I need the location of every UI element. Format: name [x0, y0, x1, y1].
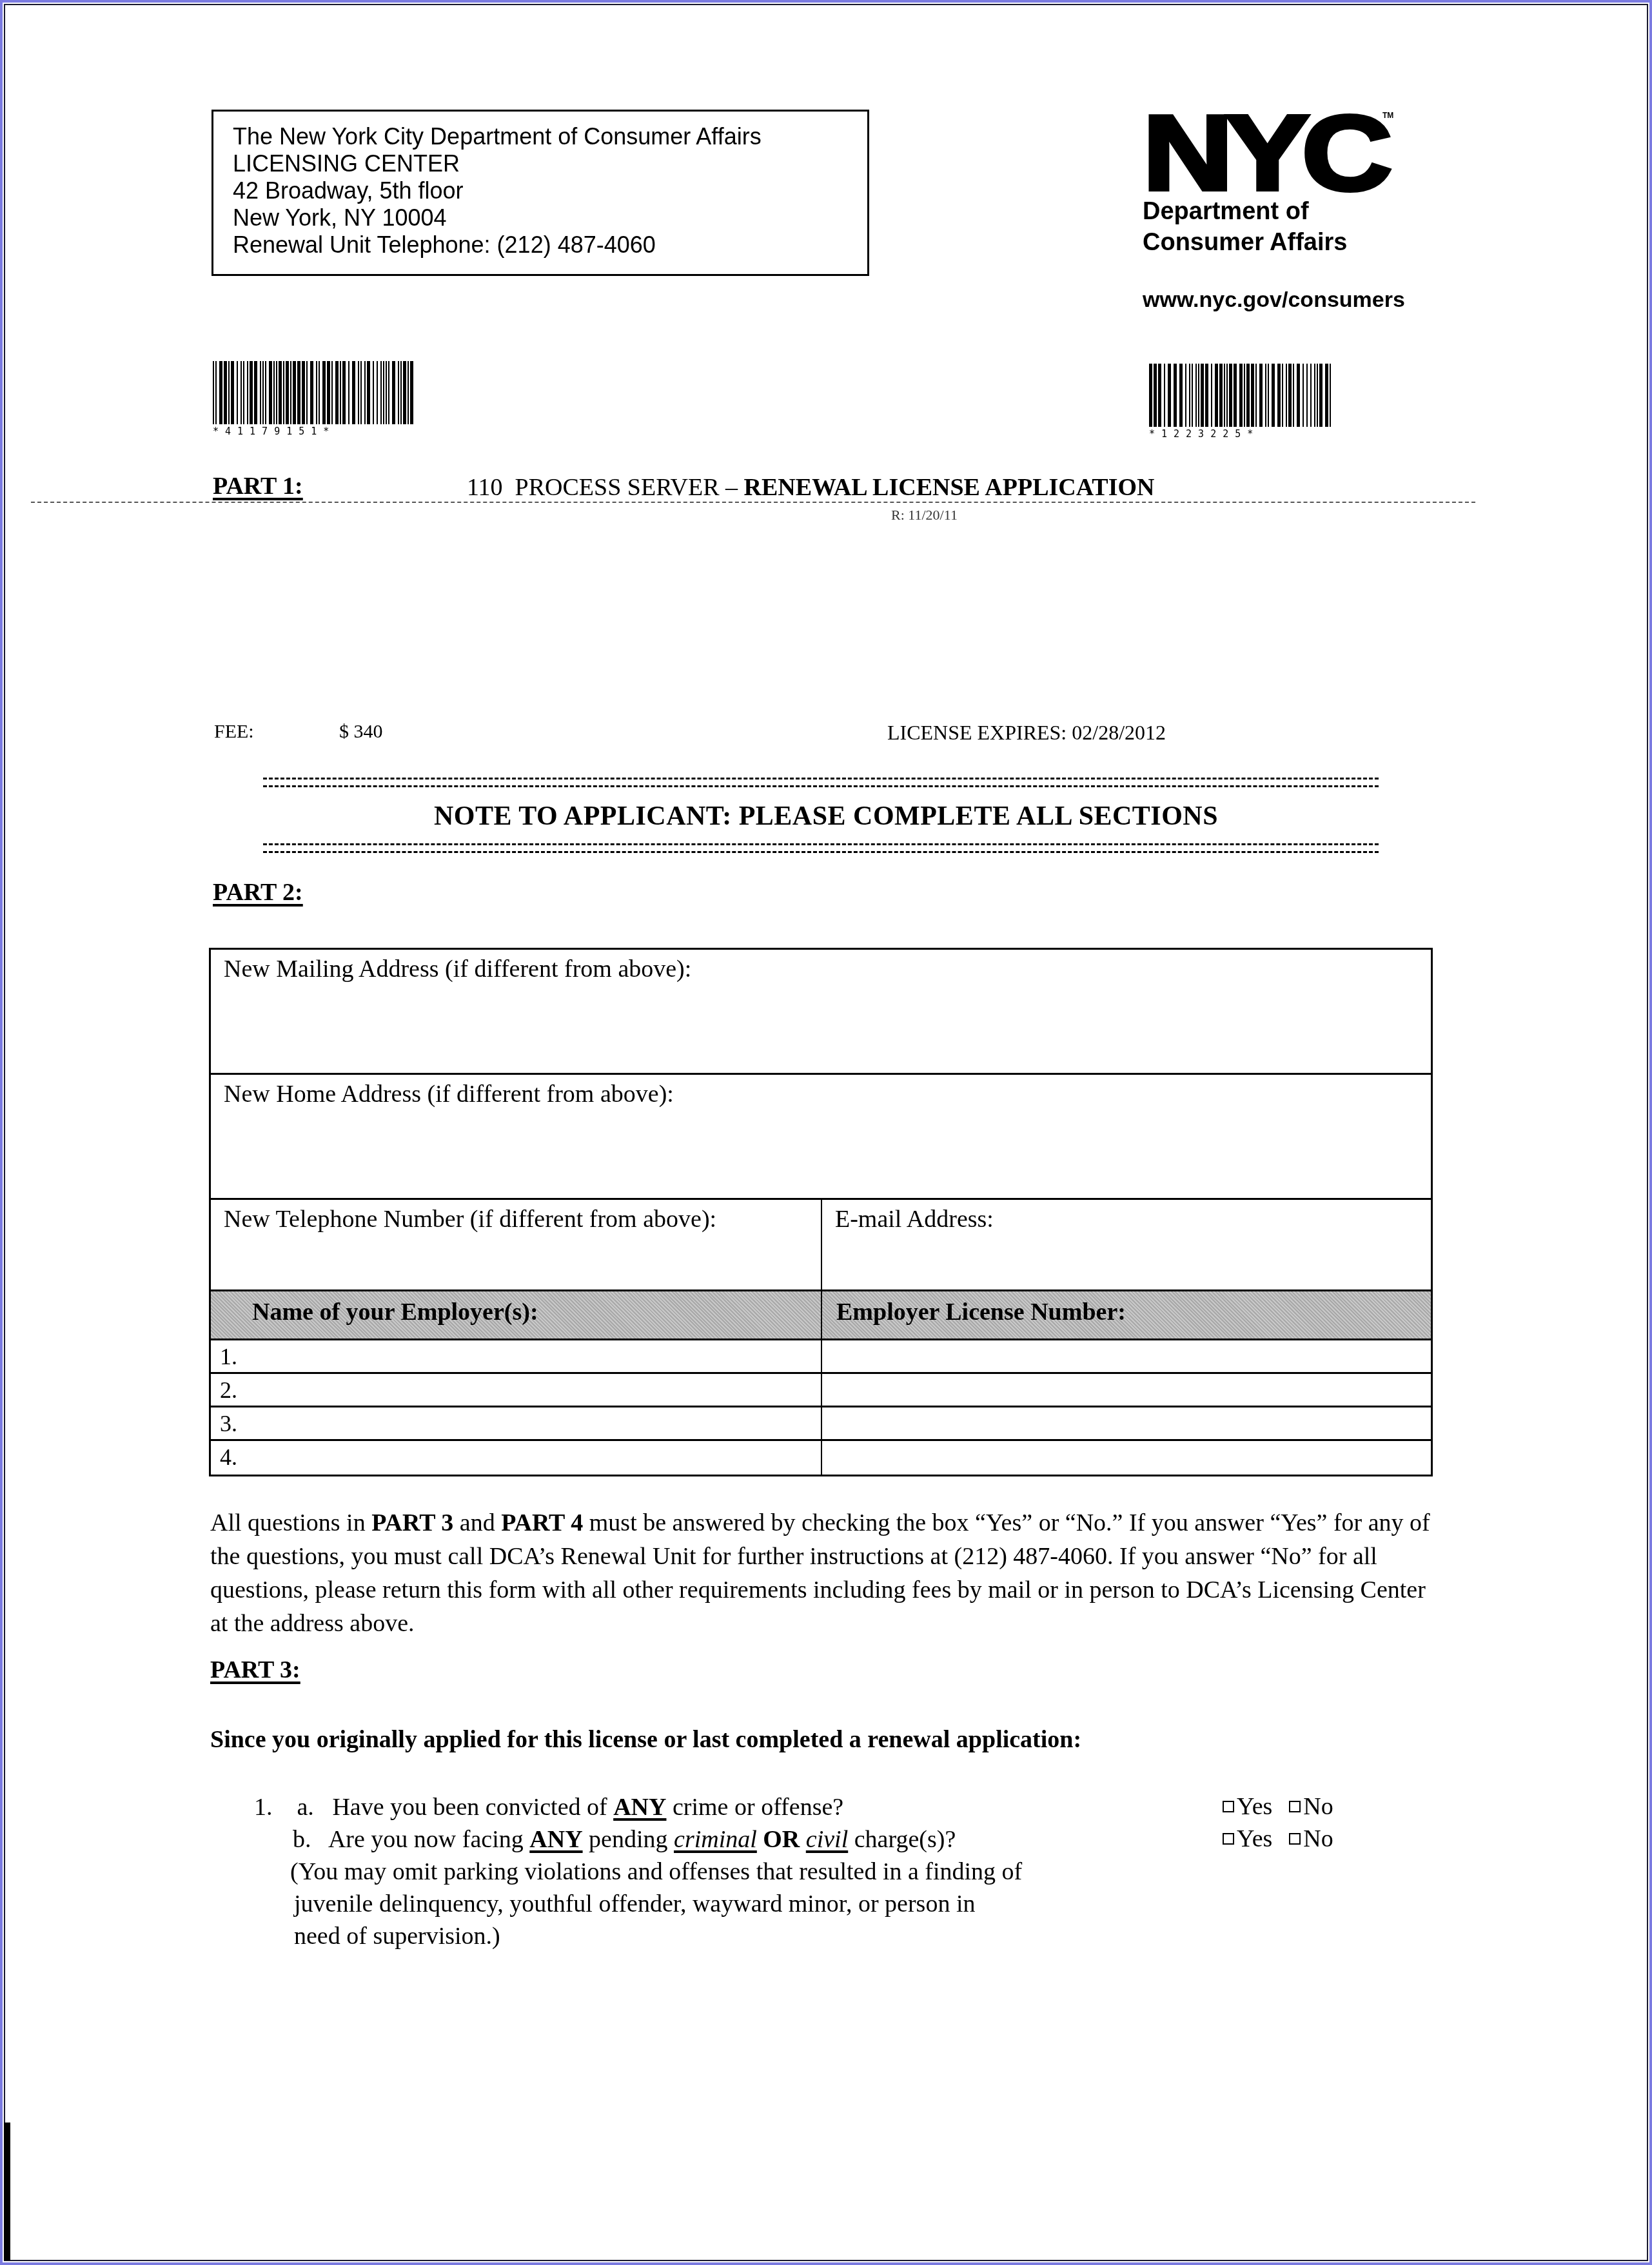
question-1b-answer: Yes No — [1223, 1825, 1344, 1853]
expires-date: 02/28/2012 — [1072, 721, 1166, 744]
telephone-field[interactable]: New Telephone Number (if different from … — [211, 1200, 822, 1289]
employer-name-header: Name of your Employer(s): — [211, 1291, 822, 1338]
license-code: 110 — [467, 474, 503, 501]
part3-heading: PART 3: — [210, 1656, 300, 1684]
question-text: crime or offense? — [666, 1794, 843, 1821]
barcode-bars-icon — [1149, 364, 1331, 427]
employer-license-cell[interactable] — [822, 1407, 1431, 1439]
employer-license-cell[interactable] — [822, 1374, 1431, 1406]
address-line-phone: Renewal Unit Telephone: (212) 487-4060 — [233, 231, 848, 259]
instructions-part3-ref: PART 3 — [371, 1509, 453, 1536]
part2-heading: PART 2: — [213, 878, 303, 907]
question-letter: a. — [297, 1794, 314, 1821]
table-row: 2. — [211, 1374, 1431, 1407]
question-italic-criminal: criminal — [674, 1826, 757, 1853]
address-line-agency: The New York City Department of Consumer… — [233, 123, 848, 150]
agency-address-box: The New York City Department of Consumer… — [211, 110, 869, 276]
employer-name-cell[interactable]: 1. — [211, 1340, 822, 1372]
received-stamp: R: 11/20/11 — [891, 507, 958, 524]
barcode-right-number: *1223225* — [1149, 428, 1331, 440]
employer-name-cell[interactable]: 2. — [211, 1374, 822, 1406]
employer-license-cell[interactable] — [822, 1441, 1431, 1475]
trademark-symbol: TM — [1382, 111, 1393, 120]
table-row: 4. — [211, 1441, 1431, 1475]
double-rule-bottom — [263, 843, 1379, 853]
employer-table-header: Name of your Employer(s): Employer Licen… — [211, 1291, 1431, 1340]
question-text: Are you now facing — [328, 1826, 529, 1853]
checkbox-icon[interactable] — [1289, 1833, 1301, 1845]
application-title: 110 PROCESS SERVER – RENEWAL LICENSE APP… — [467, 473, 1155, 502]
no-label: No — [1303, 1825, 1333, 1853]
instructions-paragraph: All questions in PART 3 and PART 4 must … — [210, 1506, 1435, 1640]
employer-license-header: Employer License Number: — [822, 1291, 1431, 1338]
checkbox-icon[interactable] — [1223, 1833, 1234, 1845]
email-field[interactable]: E-mail Address: — [822, 1200, 1431, 1289]
question-letter: b. — [293, 1826, 311, 1853]
question-text: pending — [583, 1826, 674, 1853]
question-1a-answer: Yes No — [1223, 1792, 1344, 1821]
q1b-yes-option[interactable]: Yes — [1223, 1825, 1272, 1853]
telephone-label: New Telephone Number (if different from … — [211, 1200, 821, 1239]
application-type: RENEWAL LICENSE APPLICATION — [744, 474, 1155, 501]
barcode-bars-icon — [213, 361, 413, 424]
q1a-no-option[interactable]: No — [1289, 1792, 1333, 1821]
address-line-street: 42 Broadway, 5th floor — [233, 177, 848, 204]
address-line-center: LICENSING CENTER — [233, 150, 848, 177]
question-text: charge(s)? — [848, 1826, 956, 1853]
fee-label: FEE: — [214, 721, 254, 743]
question-number: 1. — [254, 1794, 273, 1821]
instructions-text: and — [453, 1509, 501, 1536]
nyc-logo-mark: NYC — [1143, 111, 1385, 193]
barcode-right: *1223225* — [1149, 364, 1331, 440]
instructions-text: All questions in — [210, 1509, 371, 1536]
part1-heading: PART 1: — [213, 472, 303, 500]
expires-label: LICENSE EXPIRES: — [887, 721, 1067, 744]
home-address-label: New Home Address (if different from abov… — [211, 1075, 1431, 1113]
logo-dept-line-2: Consumer Affairs — [1143, 227, 1348, 258]
home-address-field[interactable]: New Home Address (if different from abov… — [211, 1075, 1431, 1200]
question-italic-civil: civil — [806, 1826, 848, 1853]
table-row: 3. — [211, 1407, 1431, 1441]
employer-license-cell[interactable] — [822, 1340, 1431, 1372]
scan-edge-mark — [4, 2123, 10, 2260]
license-type: PROCESS SERVER – — [515, 474, 738, 501]
email-label: E-mail Address: — [822, 1200, 1431, 1239]
question-emphasis: ANY — [613, 1794, 666, 1821]
question-emphasis: ANY — [529, 1826, 582, 1853]
note-to-applicant: NOTE TO APPLICANT: PLEASE COMPLETE ALL S… — [0, 801, 1652, 832]
yes-label: Yes — [1237, 1825, 1272, 1853]
q1b-no-option[interactable]: No — [1289, 1825, 1333, 1853]
address-line-city: New York, NY 10004 — [233, 204, 848, 231]
employer-name-cell[interactable]: 3. — [211, 1407, 822, 1439]
mailing-address-label: New Mailing Address (if different from a… — [211, 950, 1431, 988]
mailing-address-field[interactable]: New Mailing Address (if different from a… — [211, 950, 1431, 1075]
question-1-note: (You may omit parking violations and off… — [294, 1856, 1022, 1952]
barcode-left-number: *41179151* — [213, 426, 413, 437]
note-line: juvenile delinquency, youthful offender,… — [294, 1888, 1022, 1920]
part3-intro: Since you originally applied for this li… — [210, 1725, 1081, 1754]
question-1b: b. Are you now facing ANY pending crimin… — [293, 1823, 956, 1856]
license-expires: LICENSE EXPIRES: 02/28/2012 — [887, 721, 1166, 745]
fee-amount: $ 340 — [339, 721, 383, 743]
question-text: Have you been convicted of — [332, 1794, 613, 1821]
yes-label: Yes — [1237, 1792, 1272, 1821]
employer-name-cell[interactable]: 4. — [211, 1441, 822, 1475]
double-rule-top — [263, 778, 1379, 787]
question-bold-or: OR — [757, 1826, 806, 1853]
question-1a: 1. a. Have you been convicted of ANY cri… — [254, 1791, 843, 1823]
scan-dash-rule — [31, 502, 1475, 503]
barcode-left: *41179151* — [213, 361, 413, 437]
instructions-part4-ref: PART 4 — [501, 1509, 583, 1536]
note-line: (You may omit parking violations and off… — [290, 1856, 1022, 1888]
checkbox-icon[interactable] — [1289, 1801, 1301, 1812]
note-line: need of supervision.) — [294, 1920, 1022, 1952]
website-link[interactable]: www.nyc.gov/consumers — [1143, 288, 1405, 313]
no-label: No — [1303, 1792, 1333, 1821]
table-row: 1. — [211, 1340, 1431, 1374]
part2-form-table: New Mailing Address (if different from a… — [209, 948, 1433, 1476]
checkbox-icon[interactable] — [1223, 1801, 1234, 1812]
nyc-dca-logo: NYC TM Department of Consumer Affairs — [1143, 111, 1348, 258]
q1a-yes-option[interactable]: Yes — [1223, 1792, 1272, 1821]
